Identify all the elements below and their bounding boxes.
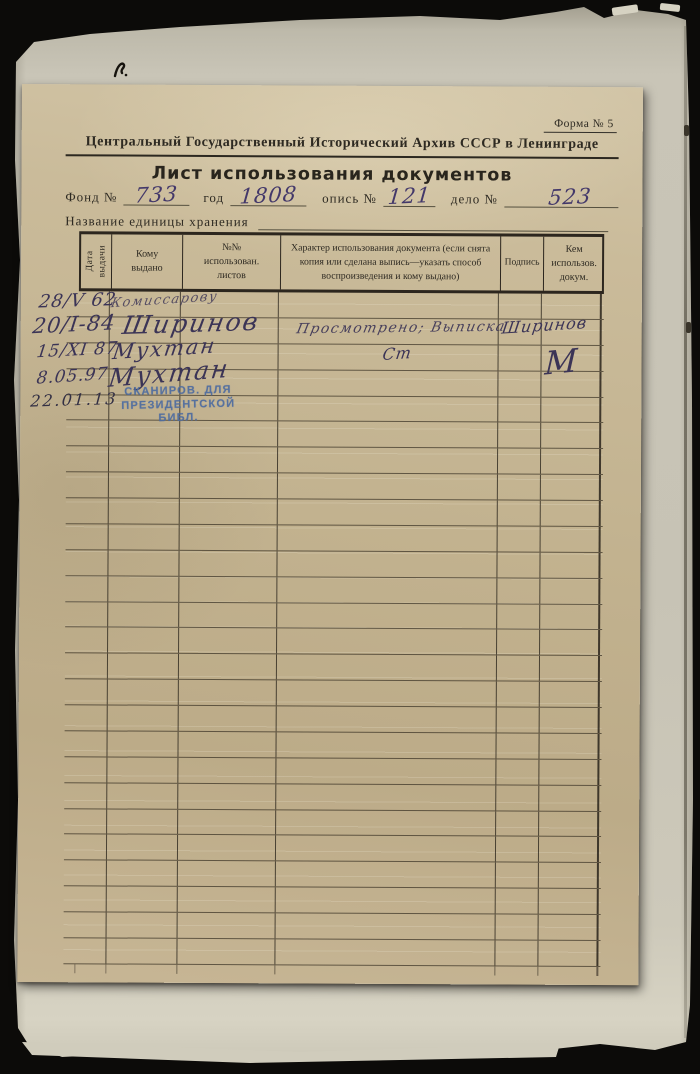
form-number: Форма № 5 — [544, 118, 617, 133]
table-cell — [64, 783, 76, 808]
table-cell — [107, 783, 178, 808]
table-cell — [79, 317, 110, 342]
unit-label: Название единицы хранения — [65, 213, 248, 230]
table-cell — [539, 915, 599, 940]
table-cell — [277, 577, 497, 603]
form-title: Лист использования документов — [21, 163, 642, 186]
col-header-issued-to: Кому выдано — [112, 234, 183, 288]
delo-label: дело № — [451, 191, 498, 207]
unit-field — [259, 213, 609, 232]
table-cell — [539, 837, 599, 862]
table-cell — [542, 320, 602, 345]
table-cell — [65, 576, 77, 601]
table-cell — [496, 811, 539, 836]
col-header-date: Дата выдачи — [81, 234, 112, 288]
table-cell — [276, 784, 496, 810]
table-cell — [77, 679, 108, 704]
table-cell — [179, 602, 277, 627]
table-cell — [107, 809, 178, 834]
table-cell — [540, 656, 600, 681]
delo-field: 523 — [504, 191, 619, 209]
table-cell — [179, 551, 277, 576]
page-right-crease — [684, 26, 687, 1038]
table-row — [67, 317, 604, 346]
table-cell — [498, 423, 541, 448]
table-row — [64, 835, 601, 864]
table-cell — [107, 912, 178, 937]
table-cell — [110, 317, 181, 342]
table-cell — [64, 757, 76, 782]
table-cell — [178, 861, 276, 886]
table-cell — [499, 345, 542, 370]
table-cell — [179, 706, 277, 731]
table-cell — [108, 576, 179, 601]
usage-table: Дата выдачи Кому выдано №№ использован. … — [63, 231, 604, 976]
table-cell — [499, 293, 542, 318]
table-cell — [107, 757, 178, 782]
table-cell — [180, 473, 278, 498]
table-cell — [178, 913, 276, 938]
table-cell — [276, 862, 496, 888]
table-cell — [109, 447, 180, 472]
table-cell — [106, 938, 177, 963]
fond-field: 733 — [123, 189, 189, 206]
table-row — [63, 938, 600, 967]
table-cell — [539, 734, 599, 759]
table-cell — [109, 395, 180, 420]
table-cell — [109, 369, 180, 394]
table-cell — [66, 369, 78, 394]
table-cell — [76, 783, 107, 808]
table-cell — [65, 550, 77, 575]
table-cell — [77, 576, 108, 601]
table-cell — [78, 447, 109, 472]
table-cell — [77, 705, 108, 730]
table-cell — [66, 472, 78, 497]
table-row — [67, 343, 604, 372]
table-cell — [64, 912, 76, 937]
table-cell — [79, 291, 110, 316]
table-cell — [279, 344, 499, 370]
table-cell — [178, 809, 276, 834]
table-cell — [496, 759, 539, 784]
column-line-ticks — [63, 964, 600, 976]
table-cell — [538, 941, 598, 966]
table-row — [64, 860, 601, 889]
table-cell — [110, 343, 181, 368]
table-cell — [540, 682, 600, 707]
table-cell — [78, 472, 109, 497]
table-row — [66, 421, 603, 450]
table-row — [64, 912, 601, 941]
table-cell — [277, 551, 497, 577]
table-cell — [498, 526, 541, 551]
table-cell — [64, 835, 76, 860]
table-cell — [65, 679, 77, 704]
table-cell — [497, 552, 540, 577]
table-row — [66, 395, 603, 424]
table-cell — [65, 602, 77, 627]
opis-field: 121 — [383, 190, 435, 207]
table-cell — [496, 863, 539, 888]
table-cell — [78, 524, 109, 549]
table-cell — [275, 939, 495, 965]
table-header-row: Дата выдачи Кому выдано №№ использован. … — [79, 231, 604, 294]
table-row — [66, 446, 603, 475]
opis-label: опись № — [322, 191, 377, 207]
torn-fray — [660, 3, 681, 12]
table-cell — [541, 475, 601, 500]
fond-value: 733 — [122, 181, 190, 208]
table-cell — [75, 938, 106, 963]
col-header-signature: Подпись — [501, 237, 544, 291]
crease-mark — [684, 125, 689, 136]
table-cell — [496, 914, 539, 939]
table-cell — [76, 731, 107, 756]
table-cell — [277, 603, 497, 629]
table-cell — [64, 731, 76, 756]
table-cell — [76, 809, 107, 834]
table-cell — [78, 395, 109, 420]
table-cell — [277, 680, 497, 706]
table-cell — [276, 810, 496, 836]
table-cell — [76, 835, 107, 860]
table-cell — [108, 705, 179, 730]
col-header-used-by: Кем использов. докум. — [544, 237, 604, 291]
table-row — [65, 628, 602, 657]
table-cell — [542, 345, 602, 370]
table-cell — [540, 552, 600, 577]
delo-value: 523 — [547, 184, 592, 210]
unit-row: Название единицы хранения — [65, 212, 608, 232]
table-cell — [64, 886, 76, 911]
table-cell — [539, 785, 599, 810]
table-cell — [107, 835, 178, 860]
year-field: 1808 — [230, 189, 306, 206]
table-cell — [181, 318, 279, 343]
table-cell — [497, 707, 540, 732]
table-cell — [540, 578, 600, 603]
table-cell — [66, 498, 78, 523]
table-row — [66, 369, 603, 398]
table-cell — [108, 680, 179, 705]
year-label: год — [203, 190, 224, 206]
table-cell — [178, 783, 276, 808]
table-cell — [78, 498, 109, 523]
table-cell — [539, 863, 599, 888]
table-cell — [541, 501, 601, 526]
table-cell — [539, 759, 599, 784]
table-cell — [178, 887, 276, 912]
table-cell — [66, 446, 78, 471]
table-cell — [278, 370, 498, 396]
institution-header: Центральный Государственный Исторический… — [66, 134, 619, 159]
table-cell — [539, 811, 599, 836]
table-cell — [109, 524, 180, 549]
table-row — [64, 731, 601, 760]
table-body — [63, 291, 604, 967]
crease-mark — [686, 322, 691, 333]
fond-label: Фонд № — [65, 189, 117, 205]
table-cell — [107, 861, 178, 886]
table-cell — [178, 732, 276, 757]
table-cell — [66, 524, 78, 549]
table-cell — [180, 369, 278, 394]
table-cell — [178, 758, 276, 783]
table-cell — [79, 343, 110, 368]
table-cell — [77, 602, 108, 627]
table-cell — [77, 550, 108, 575]
table-row — [65, 653, 602, 682]
table-cell — [180, 499, 278, 524]
table-cell — [276, 732, 496, 758]
table-cell — [541, 449, 601, 474]
table-cell — [67, 343, 79, 368]
table-row — [65, 705, 602, 734]
table-row — [66, 472, 603, 501]
table-cell — [76, 757, 107, 782]
table-cell — [76, 912, 107, 937]
table-cell — [276, 758, 496, 784]
archival-scan: Форма № 5 Центральный Государственный Ис… — [0, 0, 700, 1074]
table-cell — [66, 395, 78, 420]
table-cell — [278, 525, 498, 551]
table-cell — [542, 294, 602, 319]
table-cell — [78, 369, 109, 394]
table-cell — [279, 318, 499, 344]
table-cell — [78, 421, 109, 446]
table-cell — [66, 421, 78, 446]
table-cell — [64, 860, 76, 885]
col-header-usage-character: Характер использования документа (если с… — [281, 235, 501, 290]
table-cell — [497, 604, 540, 629]
table-cell — [541, 527, 601, 552]
table-cell — [179, 680, 277, 705]
table-cell — [498, 475, 541, 500]
table-cell — [76, 861, 107, 886]
table-cell — [278, 473, 498, 499]
table-row — [67, 291, 604, 320]
table-cell — [180, 395, 278, 420]
table-cell — [497, 682, 540, 707]
table-cell — [276, 887, 496, 913]
table-row — [64, 886, 601, 915]
form-fields: Фонд № 733 год 1808 опись № 121 дело № 5… — [65, 188, 618, 208]
table-cell — [180, 525, 278, 550]
table-cell — [540, 604, 600, 629]
table-cell — [109, 473, 180, 498]
table-cell — [278, 396, 498, 422]
table-cell — [178, 835, 276, 860]
table-cell — [496, 733, 539, 758]
table-cell — [110, 291, 181, 316]
table-cell — [541, 371, 601, 396]
table-cell — [67, 317, 79, 342]
table-cell — [541, 423, 601, 448]
table-cell — [67, 291, 79, 316]
table-cell — [498, 449, 541, 474]
table-cell — [181, 292, 279, 317]
table-cell — [65, 705, 77, 730]
table-cell — [277, 655, 497, 681]
year-value: 1808 — [229, 181, 307, 209]
table-cell — [77, 628, 108, 653]
table-cell — [499, 319, 542, 344]
table-cell — [63, 938, 75, 963]
table-cell — [278, 448, 498, 474]
ink-mark — [112, 58, 132, 80]
table-row — [64, 809, 601, 838]
table-cell — [539, 889, 599, 914]
table-cell — [277, 706, 497, 732]
table-cell — [76, 886, 107, 911]
table-cell — [541, 397, 601, 422]
table-cell — [64, 809, 76, 834]
table-cell — [497, 578, 540, 603]
col-header-sheet-numbers: №№ использован. листов — [183, 235, 281, 290]
table-cell — [180, 447, 278, 472]
opis-value: 121 — [382, 183, 436, 210]
table-cell — [179, 576, 277, 601]
table-cell — [540, 708, 600, 733]
table-cell — [109, 498, 180, 523]
table-cell — [108, 550, 179, 575]
table-cell — [276, 836, 496, 862]
table-cell — [498, 371, 541, 396]
table-row — [66, 524, 603, 553]
table-cell — [179, 628, 277, 653]
table-cell — [278, 499, 498, 525]
table-cell — [276, 913, 496, 939]
table-cell — [108, 654, 179, 679]
table-cell — [65, 628, 77, 653]
table-cell — [498, 500, 541, 525]
table-cell — [498, 397, 541, 422]
table-cell — [108, 602, 179, 627]
table-cell — [108, 628, 179, 653]
table-cell — [496, 889, 539, 914]
table-cell — [109, 421, 180, 446]
table-cell — [496, 837, 539, 862]
table-cell — [181, 344, 279, 369]
table-cell — [107, 731, 178, 756]
table-cell — [278, 422, 498, 448]
table-row — [64, 757, 601, 786]
table-cell — [497, 656, 540, 681]
table-cell — [279, 292, 499, 318]
table-cell — [496, 785, 539, 810]
table-row — [65, 602, 602, 631]
table-cell — [495, 940, 538, 965]
table-cell — [180, 421, 278, 446]
table-cell — [107, 887, 178, 912]
table-row — [65, 550, 602, 579]
table-cell — [497, 630, 540, 655]
table-cell — [179, 654, 277, 679]
table-cell — [65, 653, 77, 678]
table-row — [65, 679, 602, 708]
table-row — [64, 783, 601, 812]
table-cell — [177, 939, 275, 964]
table-row — [66, 498, 603, 527]
usage-sheet: Форма № 5 Центральный Государственный Ис… — [17, 84, 643, 985]
table-cell — [540, 630, 600, 655]
table-cell — [277, 629, 497, 655]
table-row — [65, 576, 602, 605]
table-cell — [77, 654, 108, 679]
